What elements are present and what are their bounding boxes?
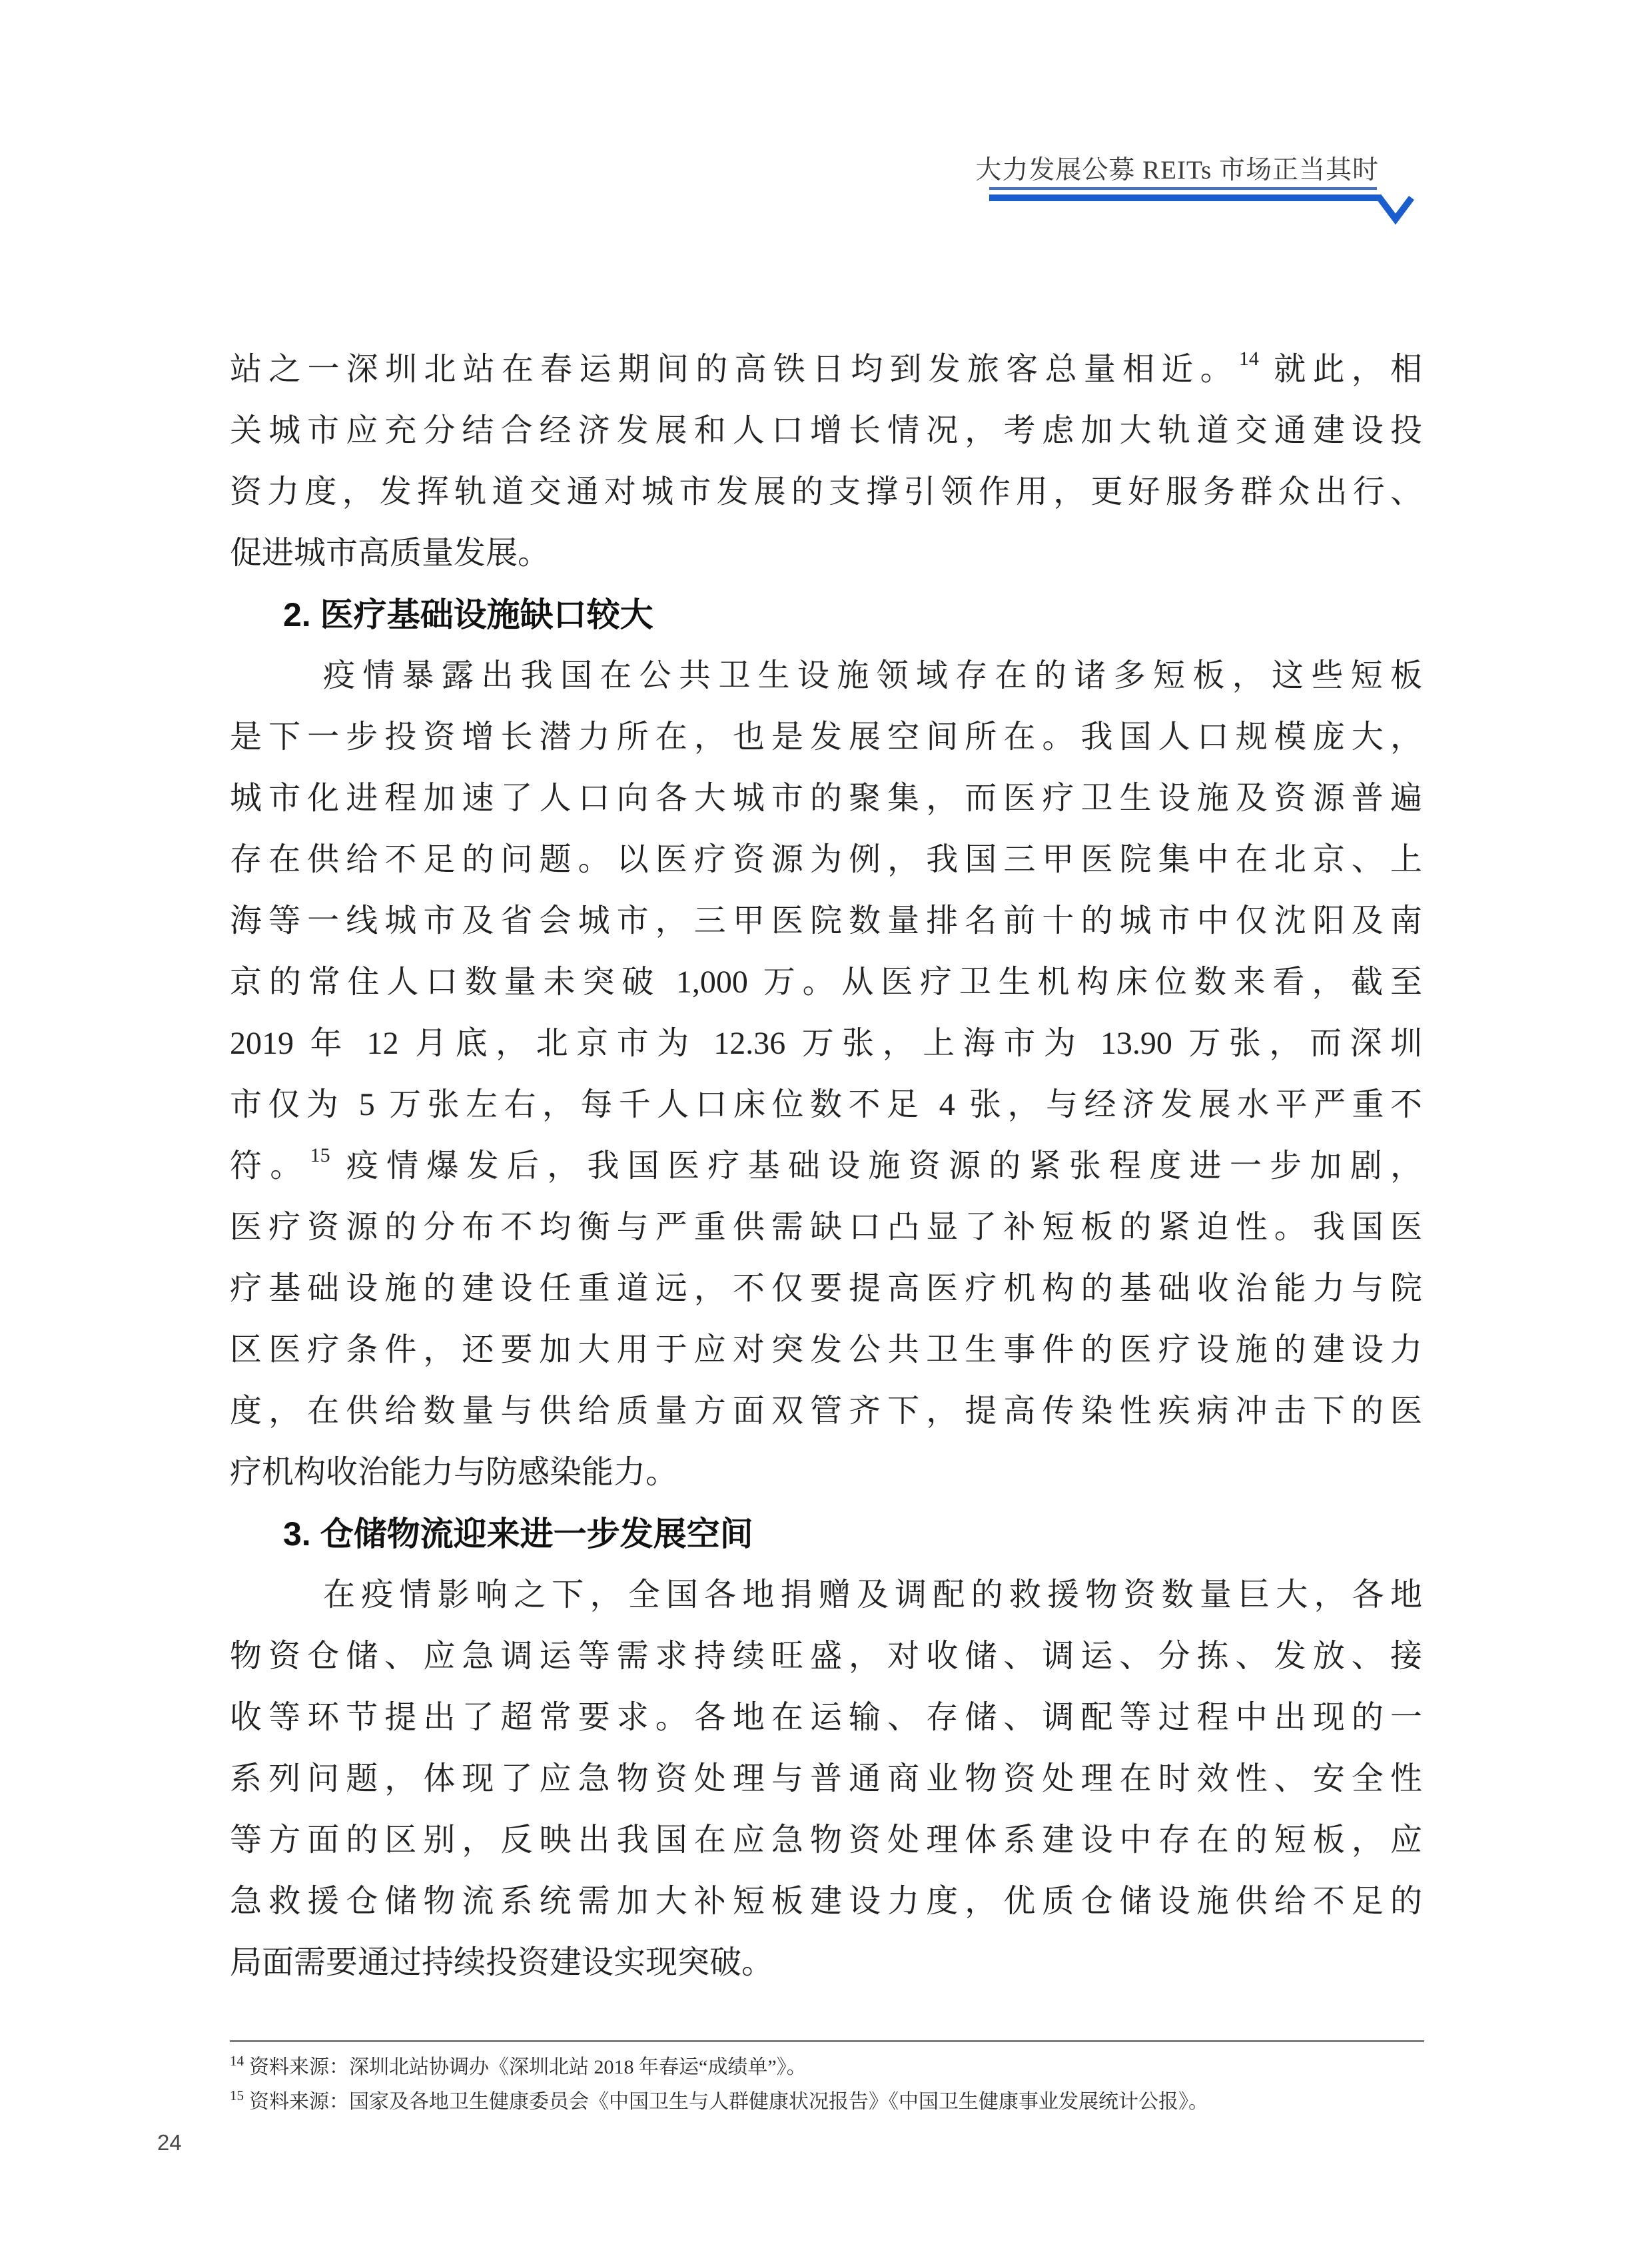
paragraph-3-line: 局面需要通过持续投资建设实现突破。 bbox=[230, 1932, 1422, 1994]
header-rule-thin bbox=[989, 187, 1377, 190]
paragraph-1-line: 站之一深圳北站在春运期间的高铁日均到发旅客总量相近。14 就此，相 bbox=[230, 339, 1422, 400]
paragraph-1-line: 资力度，发挥轨道交通对城市发展的支撑引领作用，更好服务群众出行、 bbox=[230, 462, 1422, 523]
p1-l1-text: 站之一深圳北站在春运期间的高铁日均到发旅客总量相近。 bbox=[230, 352, 1239, 387]
footnote-15-number: 15 bbox=[230, 2087, 244, 2103]
page-number: 24 bbox=[157, 2130, 182, 2155]
paragraph-3-line: 急救援仓储物流系统需加大补短板建设力度，优质仓储设施供给不足的 bbox=[230, 1871, 1422, 1932]
p1-l1-rest: 就此，相 bbox=[1259, 352, 1422, 387]
footnote-ref-14: 14 bbox=[1239, 348, 1259, 370]
paragraph-2-line: 疫情暴露出我国在公共卫生设施领域存在的诸多短板，这些短板 bbox=[230, 645, 1422, 707]
paragraph-2-line: 京的常住人口数量未突破 1,000 万。从医疗卫生机构床位数来看，截至 bbox=[230, 952, 1422, 1013]
footnote-15-text: 资料来源：国家及各地卫生健康委员会《中国卫生与人群健康状况报告》《中国卫生健康事… bbox=[249, 2091, 1208, 2113]
section-heading-2: 2. 医疗基础设施缺口较大 bbox=[230, 584, 1475, 645]
footnote-ref-15: 15 bbox=[310, 1144, 330, 1166]
footnote-15: 15资料来源：国家及各地卫生健康委员会《中国卫生与人群健康状况报告》《中国卫生健… bbox=[230, 2085, 1442, 2119]
paragraph-2-line: 疗基础设施的建设任重道远，不仅要提高医疗机构的基础收治能力与院 bbox=[230, 1258, 1422, 1319]
paragraph-2-line: 市仅为 5 万张左右，每千人口床位数不足 4 张，与经济发展水平严重不 bbox=[230, 1074, 1422, 1136]
section-heading-3: 3. 仓储物流迎来进一步发展空间 bbox=[230, 1503, 1475, 1565]
paragraph-3-line: 收等环节提出了超常要求。各地在运输、存储、调配等过程中出现的一 bbox=[230, 1687, 1422, 1748]
footnote-14-text: 资料来源：深圳北站协调办《深圳北站 2018 年春运“成绩单”》。 bbox=[249, 2056, 807, 2078]
paragraph-2-line: 海等一线城市及省会城市，三甲医院数量排名前十的城市中仅沈阳及南 bbox=[230, 891, 1422, 952]
paragraph-2-line: 疗机构收治能力与防感染能力。 bbox=[230, 1442, 1422, 1503]
paragraph-1-line: 促进城市高质量发展。 bbox=[230, 523, 1422, 584]
footnote-separator bbox=[230, 2040, 1424, 2042]
paragraph-3-line: 等方面的区别，反映出我国在应急物资处理体系建设中存在的短板，应 bbox=[230, 1810, 1422, 1871]
paragraph-2-line: 城市化进程加速了人口向各大城市的聚集，而医疗卫生设施及资源普遍 bbox=[230, 768, 1422, 829]
paragraph-2-line: 是下一步投资增长潜力所在，也是发展空间所在。我国人口规模庞大， bbox=[230, 707, 1422, 768]
paragraph-2-line: 2019 年 12 月底，北京市为 12.36 万张，上海市为 13.90 万张… bbox=[230, 1013, 1422, 1074]
paragraph-2-line: 医疗资源的分布不均衡与严重供需缺口凸显了补短板的紧迫性。我国医 bbox=[230, 1197, 1422, 1258]
paragraph-3-line: 系列问题，体现了应急物资处理与普通商业物资处理在时效性、安全性 bbox=[230, 1748, 1422, 1810]
header-rule-chevron-icon bbox=[989, 191, 1422, 231]
paragraph-2-line: 度，在供给数量与供给质量方面双管齐下，提高传染性疾病冲击下的医 bbox=[230, 1381, 1422, 1442]
paragraph-2-line: 符。15 疫情爆发后，我国医疗基础设施资源的紧张程度进一步加剧， bbox=[230, 1136, 1422, 1197]
p2-l9-text: 符。 bbox=[230, 1148, 310, 1184]
p2-l9-rest: 疫情爆发后，我国医疗基础设施资源的紧张程度进一步加剧， bbox=[330, 1148, 1422, 1184]
body-text: 站之一深圳北站在春运期间的高铁日均到发旅客总量相近。14 就此，相 关城市应充分… bbox=[230, 339, 1422, 1994]
paragraph-2-line: 区医疗条件，还要加大用于应对突发公共卫生事件的医疗设施的建设力 bbox=[230, 1319, 1422, 1381]
footnote-14: 14资料来源：深圳北站协调办《深圳北站 2018 年春运“成绩单”》。 bbox=[230, 2050, 1442, 2085]
footnote-14-number: 14 bbox=[230, 2053, 244, 2069]
paragraph-1-line: 关城市应充分结合经济发展和人口增长情况，考虑加大轨道交通建设投 bbox=[230, 400, 1422, 462]
paragraph-2-line: 存在供给不足的问题。以医疗资源为例，我国三甲医院集中在北京、上 bbox=[230, 829, 1422, 891]
running-header-title: 大力发展公募 REITs 市场正当其时 bbox=[975, 149, 1379, 187]
paragraph-3-line: 在疫情影响之下，全国各地捐赠及调配的救援物资数量巨大，各地 bbox=[230, 1565, 1422, 1626]
paragraph-3-line: 物资仓储、应急调运等需求持续旺盛，对收储、调运、分拣、发放、接 bbox=[230, 1626, 1422, 1687]
document-page: 大力发展公募 REITs 市场正当其时 站之一深圳北站在春运期间的高铁日均到发旅… bbox=[0, 0, 1652, 2242]
footnotes: 14资料来源：深圳北站协调办《深圳北站 2018 年春运“成绩单”》。 15资料… bbox=[230, 2050, 1442, 2119]
